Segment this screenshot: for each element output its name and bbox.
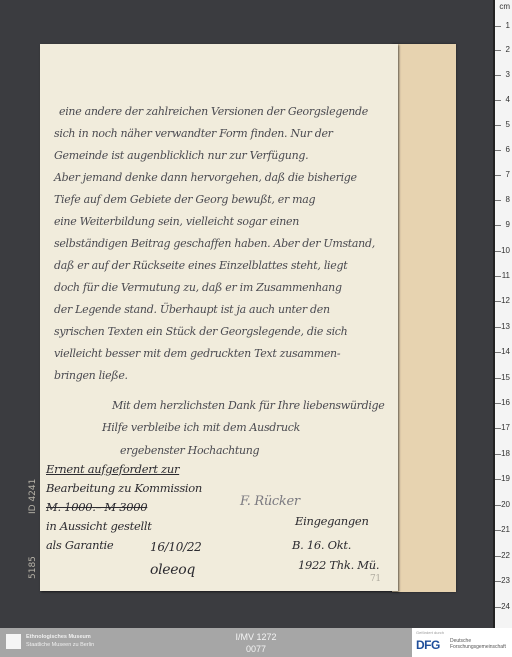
text-line: der Legende stand. Überhaupt ist ja auch…: [54, 303, 330, 316]
ruler-label: 10: [501, 246, 510, 255]
text-line: daß er auf der Rückseite eines Einzelbla…: [54, 259, 347, 272]
annotation-line: Ernent aufgefordert zur: [46, 462, 179, 476]
funder-name-line: Forschungsgemeinschaft: [450, 644, 506, 650]
ruler-label: 12: [501, 296, 510, 305]
text-line: Gemeinde ist augenblicklich nur zur Verf…: [54, 149, 308, 162]
dfg-mark: DFG: [416, 638, 440, 652]
text-line: doch für die Vermutung zu, daß er im Zus…: [54, 281, 342, 294]
ruler-label: 16: [501, 398, 510, 407]
text-line: eine andere der zahlreichen Versionen de…: [59, 105, 368, 118]
text-line: sich in noch näher verwandter Form finde…: [54, 127, 333, 140]
annotation-line: als Garantie: [46, 538, 113, 552]
closing-line: ergebenster Hochachtung: [120, 444, 259, 457]
ruler-label: 18: [501, 449, 510, 458]
ruler-label: 15: [501, 373, 510, 382]
text-line: selbständigen Beitrag geschaffen haben. …: [54, 237, 375, 250]
ruler-unit: cm: [499, 2, 510, 11]
ruler-label: 11: [502, 271, 510, 280]
ruler-label: 17: [501, 423, 510, 432]
text-line: syrischen Texten ein Stück der Georgsleg…: [54, 325, 347, 338]
funder-label: Gefördert durch: [416, 630, 444, 635]
closing-line: Hilfe verbleibe ich mit dem Ausdruck: [102, 421, 300, 434]
text-line: Aber jemand denke dann hervorgehen, daß …: [54, 171, 357, 184]
text-line: Tiefe auf dem Gebiete der Georg bewußt, …: [54, 193, 315, 206]
cm-ruler: cm 1 2 3 4 5 6 7 8 9 10 11 12 13 14 15 1…: [493, 0, 512, 628]
ruler-label: 8: [506, 195, 510, 204]
annotation-date: 16/10/22: [150, 540, 202, 554]
pencil-side-number: 5185: [28, 556, 38, 579]
ruler-label: 7: [506, 170, 510, 179]
ruler-label: 21: [501, 525, 510, 534]
annotation-line: Bearbeitung zu Kommission: [46, 481, 202, 495]
signature: F. Rücker: [240, 494, 300, 509]
receipt-stamp-line: 1922 Thk. Mü.: [298, 558, 379, 572]
annotation-line: in Aussicht gestellt: [46, 519, 152, 533]
funder-name: Deutsche Forschungsgemeinschaft: [450, 638, 506, 650]
ruler-label: 4: [506, 95, 510, 104]
ruler-label: 9: [506, 220, 510, 229]
annotation-line: M. 1000.– M 3000: [46, 500, 147, 514]
text-line: bringen ließe.: [54, 369, 128, 382]
ruler-label: 22: [501, 551, 510, 560]
closing-line: Mit dem herzlichsten Dank für Ihre liebe…: [112, 399, 385, 412]
text-line: eine Weiterbildung sein, vielleicht soga…: [54, 215, 299, 228]
image-viewer[interactable]: eine andere der zahlreichen Versionen de…: [0, 0, 493, 628]
manuscript-page: eine andere der zahlreichen Versionen de…: [40, 44, 398, 591]
ruler-label: 14: [501, 347, 510, 356]
ruler-label: 19: [501, 474, 510, 483]
ruler-label: 1: [506, 21, 510, 30]
ruler-label: 24: [501, 602, 510, 611]
tan-backing-sheet: [392, 44, 456, 592]
pencil-inventory-number: ID 4241: [28, 479, 38, 514]
text-line: vielleicht besser mit dem gedruckten Tex…: [54, 347, 340, 360]
ruler-label: 6: [506, 145, 510, 154]
ruler-label: 13: [501, 322, 510, 331]
receipt-stamp-line: Eingegangen: [295, 514, 369, 528]
annotation-initials: oleeoq: [150, 562, 195, 578]
dfg-logo: Gefördert durch DFG Deutsche Forschungsg…: [412, 628, 512, 657]
ruler-label: 20: [501, 500, 510, 509]
ruler-label: 23: [501, 576, 510, 585]
ruler-label: 2: [506, 45, 510, 54]
ruler-label: 3: [506, 70, 510, 79]
receipt-stamp-line: B. 16. Okt.: [292, 538, 351, 552]
ruler-label: 5: [506, 120, 510, 129]
pencil-folio-number: 71: [370, 574, 381, 584]
